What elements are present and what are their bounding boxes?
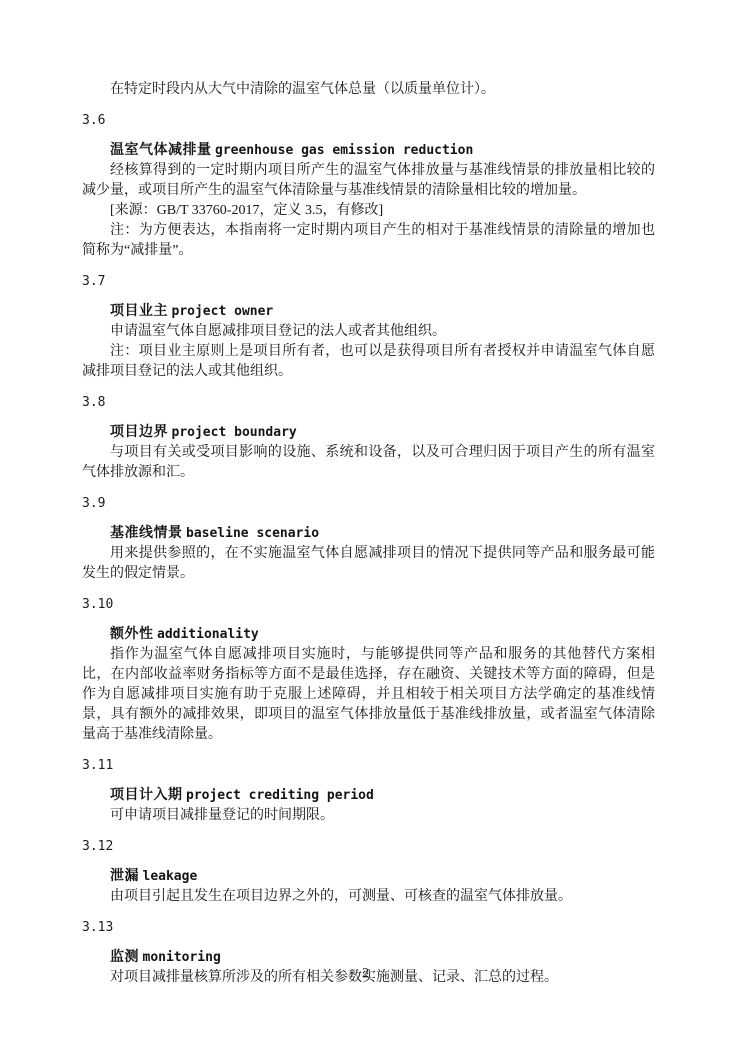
paragraph: 可申请项目减排量登记的时间期限。 <box>82 806 655 826</box>
section-3-6: 3.6 温室气体减排量 greenhouse gas emission redu… <box>82 111 655 261</box>
term-zh: 监测 <box>110 948 139 964</box>
paragraph: 指作为温室气体自愿减排项目实施时，与能够提供同等产品和服务的其他替代方案相比，在… <box>82 645 655 745</box>
note: 注：项目业主原则上是项目所有者，也可以是获得项目所有者授权并申请温室气体自愿减排… <box>82 342 655 382</box>
term-en: project boundary <box>172 425 297 440</box>
section-number: 3.13 <box>82 918 655 938</box>
term-zh: 额外性 <box>110 625 154 641</box>
source-note: [来源：GB/T 33760-2017，定义 3.5，有修改] <box>82 201 655 221</box>
note: 注：为方便表达，本指南将一定时期内项目产生的相对于基准线情景的清除量的增加也简称… <box>82 221 655 261</box>
section-3-8: 3.8 项目边界 project boundary 与项目有关或受项目影响的设施… <box>82 393 655 483</box>
section-number: 3.12 <box>82 837 655 857</box>
term-en: project owner <box>172 304 274 319</box>
section-number: 3.9 <box>82 494 655 514</box>
section-3-10: 3.10 额外性 additionality 指作为温室气体自愿减排项目实施时，… <box>82 595 655 745</box>
term-en: greenhouse gas emission reduction <box>215 143 473 158</box>
term-heading: 额外性 additionality <box>82 623 655 645</box>
term-heading: 基准线情景 baseline scenario <box>82 522 655 544</box>
intro-definition-text: 在特定时段内从大气中清除的温室气体总量（以质量单位计）。 <box>82 80 655 100</box>
term-en: leakage <box>143 869 198 884</box>
term-zh: 基准线情景 <box>110 524 183 540</box>
paragraph: 经核算得到的一定时期内项目所产生的温室气体排放量与基准线情景的排放量相比较的减少… <box>82 161 655 201</box>
paragraph: 与项目有关或受项目影响的设施、系统和设备，以及可合理归因于项目产生的所有温室气体… <box>82 443 655 483</box>
paragraph: 用来提供参照的，在不实施温室气体自愿减排项目的情况下提供同等产品和服务最可能发生… <box>82 544 655 584</box>
document-page: 在特定时段内从大气中清除的温室气体总量（以质量单位计）。 3.6 温室气体减排量… <box>82 80 655 988</box>
section-3-9: 3.9 基准线情景 baseline scenario 用来提供参照的，在不实施… <box>82 494 655 584</box>
section-number: 3.6 <box>82 111 655 131</box>
term-zh: 项目业主 <box>110 302 168 318</box>
section-3-12: 3.12 泄漏 leakage 由项目引起且发生在项目边界之外的，可测量、可核查… <box>82 837 655 907</box>
paragraph: 由项目引起且发生在项目边界之外的，可测量、可核查的温室气体排放量。 <box>82 887 655 907</box>
page-number: 2 <box>0 964 731 984</box>
term-zh: 温室气体减排量 <box>110 141 212 157</box>
term-heading: 项目边界 project boundary <box>82 421 655 443</box>
paragraph: 申请温室气体自愿减排项目登记的法人或者其他组织。 <box>82 322 655 342</box>
term-en: additionality <box>157 627 259 642</box>
term-heading: 温室气体减排量 greenhouse gas emission reductio… <box>82 139 655 161</box>
term-heading: 泄漏 leakage <box>82 865 655 887</box>
section-number: 3.10 <box>82 595 655 615</box>
section-number: 3.7 <box>82 272 655 292</box>
term-zh: 泄漏 <box>110 867 139 883</box>
section-number: 3.8 <box>82 393 655 413</box>
term-en: monitoring <box>143 950 221 965</box>
term-en: project crediting period <box>186 788 374 803</box>
term-zh: 项目计入期 <box>110 786 183 802</box>
section-number: 3.11 <box>82 756 655 776</box>
section-3-7: 3.7 项目业主 project owner 申请温室气体自愿减排项目登记的法人… <box>82 272 655 382</box>
section-3-11: 3.11 项目计入期 project crediting period 可申请项… <box>82 756 655 826</box>
term-zh: 项目边界 <box>110 423 168 439</box>
term-heading: 项目计入期 project crediting period <box>82 784 655 806</box>
term-en: baseline scenario <box>186 526 319 541</box>
term-heading: 项目业主 project owner <box>82 300 655 322</box>
